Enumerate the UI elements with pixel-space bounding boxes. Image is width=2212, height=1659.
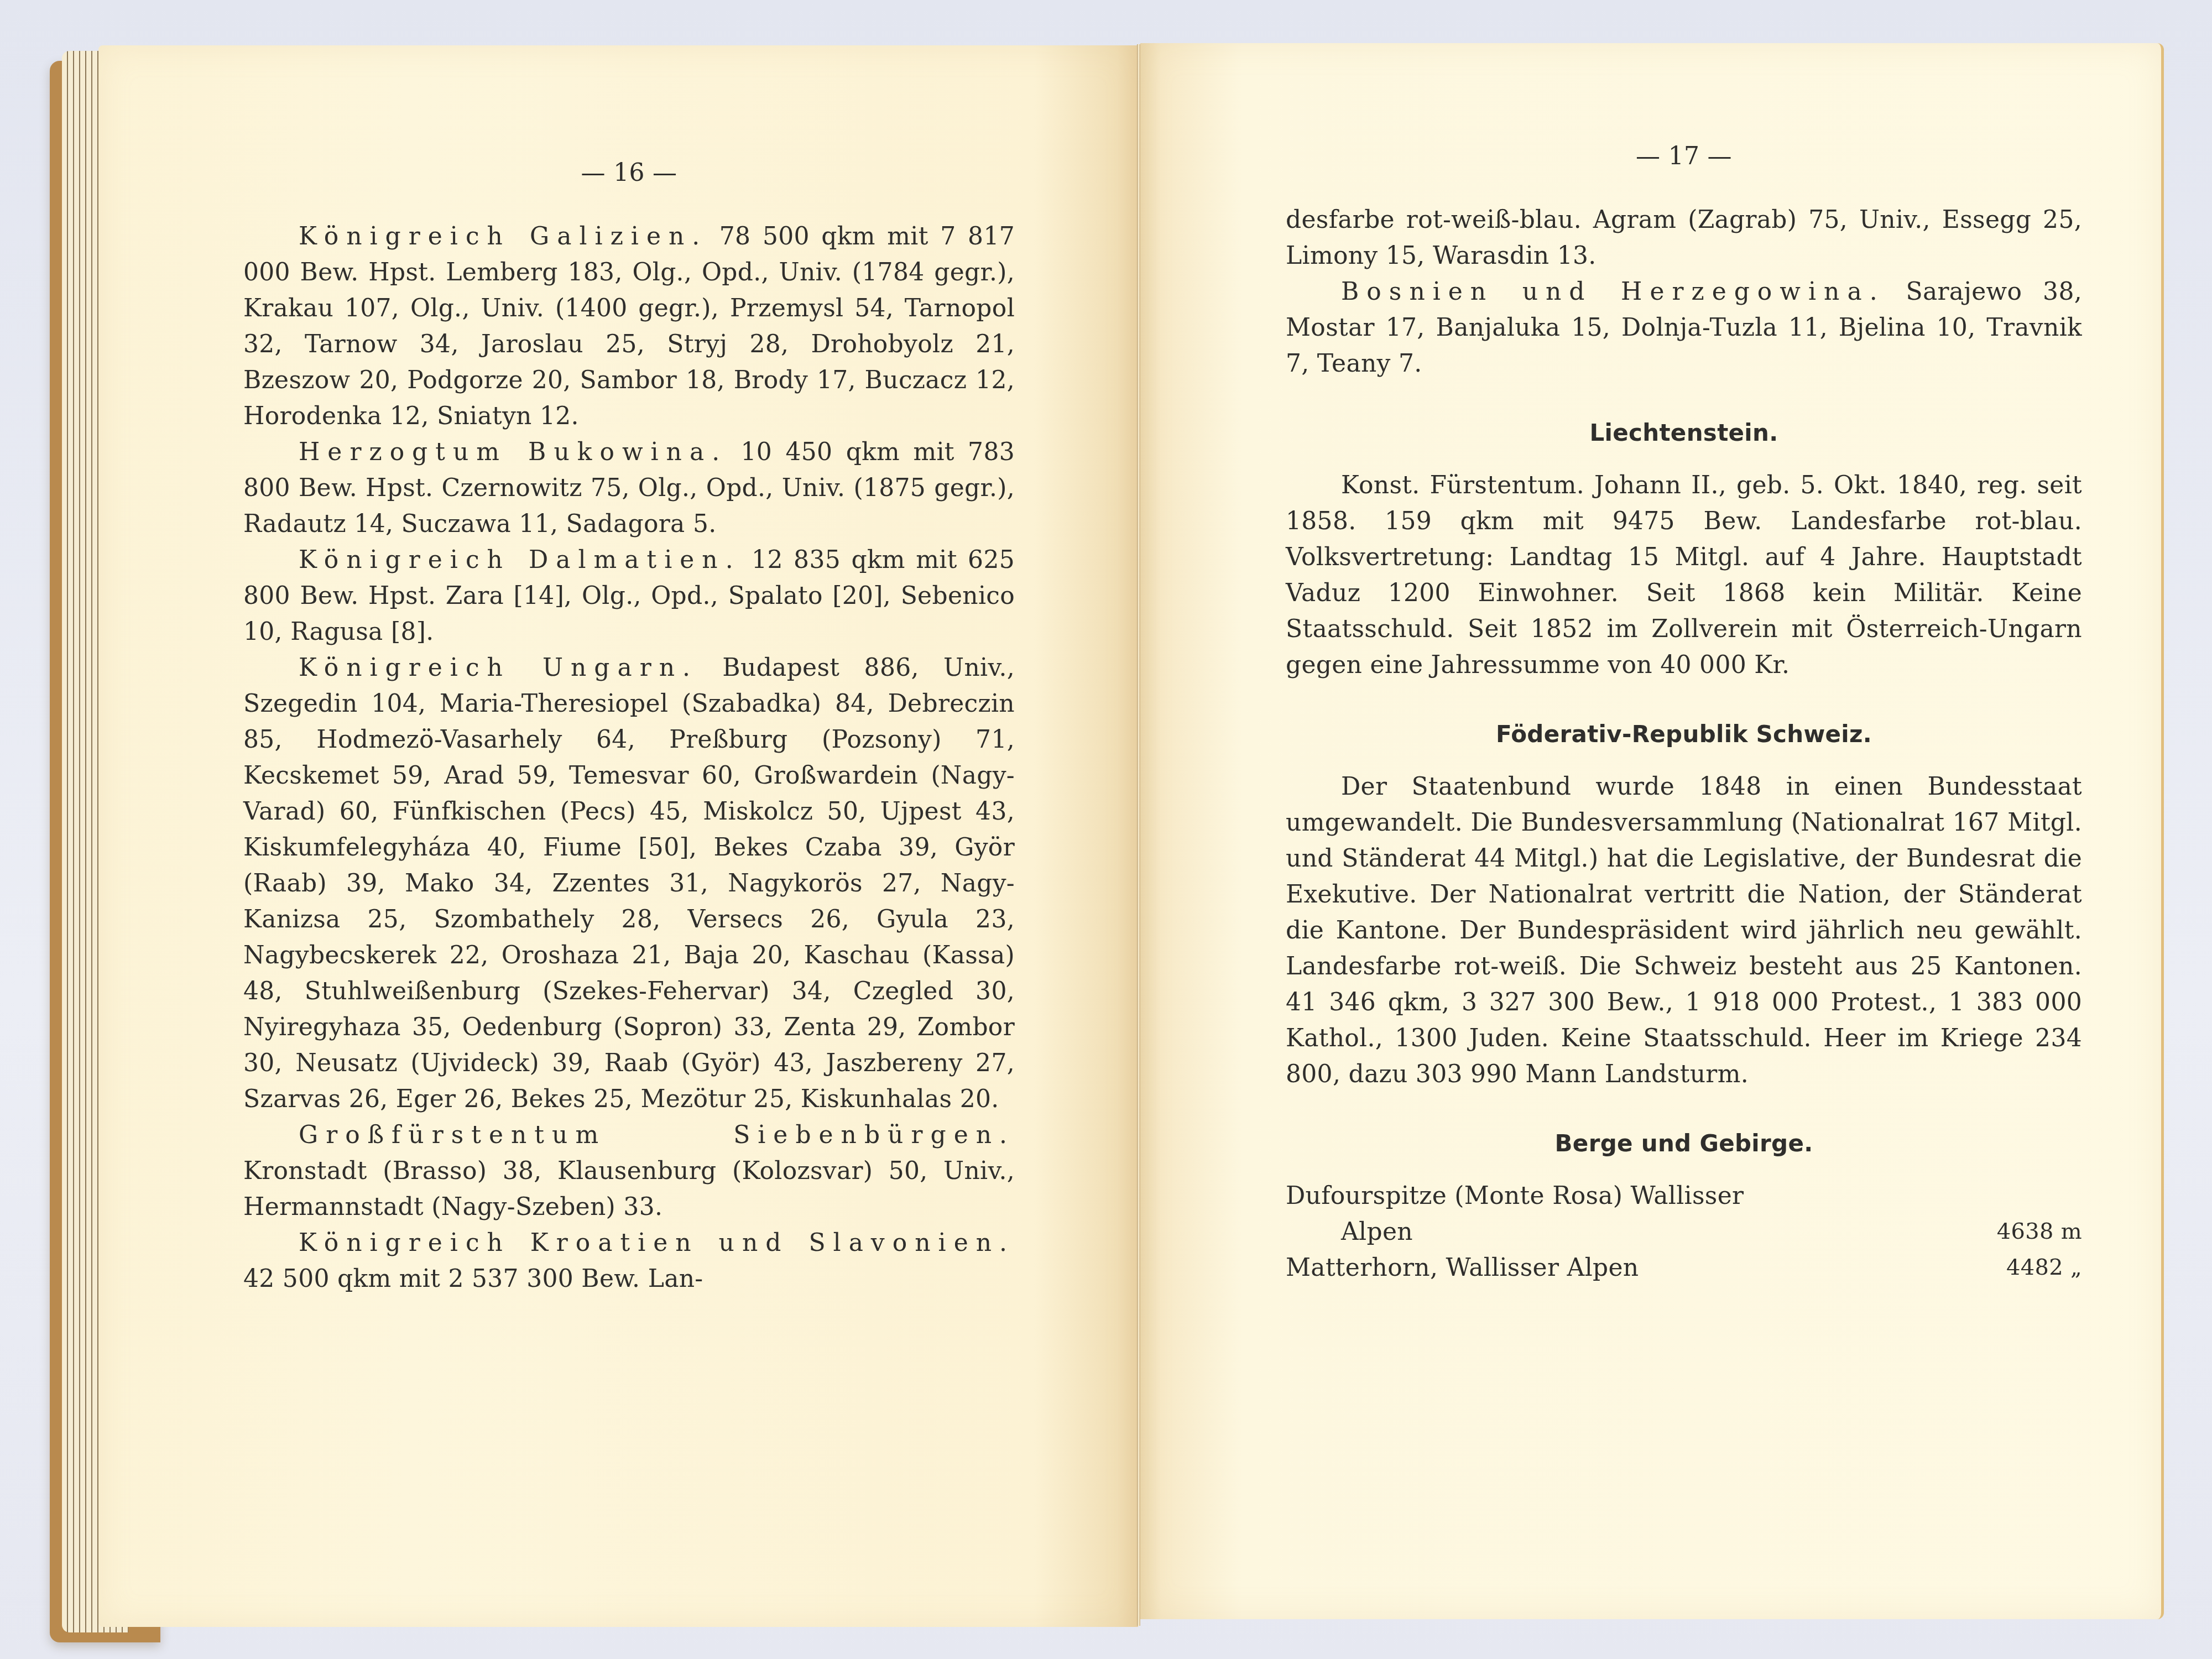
- schweiz-body: Der Staatenbund wurde 1848 in einen Bund…: [1286, 769, 2082, 1092]
- mountain-list: Dufourspitze (Monte Rosa) Wallisser Alpe…: [1286, 1178, 2082, 1286]
- mountain-row: Dufourspitze (Monte Rosa) Wallisser Alpe…: [1286, 1178, 2082, 1250]
- mountain-name: Matterhorn, Wallisser Alpen: [1286, 1254, 1639, 1282]
- heading-schweiz: Föderativ-Republik Schweiz.: [1286, 716, 2082, 752]
- mountain-height: 4638 m: [1938, 1214, 2082, 1250]
- entry-title: Königreich Dalmatien.: [299, 546, 741, 574]
- entry-body: 78 500 qkm mit 7 817 000 Bew. Hpst. Lemb…: [243, 222, 1015, 430]
- book-photo-background: — 16 — Königreich Galizien. 78 500 qkm m…: [0, 0, 2212, 1659]
- entry-ungarn: Königreich Ungarn. Budapest 886, Univ., …: [243, 650, 1015, 1117]
- entry-bosnien: Bosnien und Herzegowina. Sarajewo 38, Mo…: [1286, 274, 2082, 382]
- page-number-17: — 17 —: [1286, 138, 2082, 174]
- entry-title: Großfürstentum Siebenbürgen.: [299, 1121, 1015, 1149]
- entry-body: Budapest 886, Univ., Szegedin 104, Maria…: [243, 654, 1015, 1113]
- entry-bukowina: Herzogtum Bukowina. 10 450 qkm mit 783 8…: [243, 434, 1015, 542]
- entry-siebenbuergen: Großfürstentum Siebenbürgen. Kronstadt (…: [243, 1117, 1015, 1225]
- mountain-height: 4482 „: [1938, 1250, 2082, 1286]
- entry-title: Königreich Ungarn.: [299, 654, 698, 682]
- entry-galizien: Königreich Galizien. 78 500 qkm mit 7 81…: [243, 218, 1015, 434]
- page-number-16: — 16 —: [243, 155, 1015, 191]
- entry-kroatien: Königreich Kroatien und Slavonien. 42 50…: [243, 1225, 1015, 1297]
- left-page-text: — 16 — Königreich Galizien. 78 500 qkm m…: [243, 155, 1015, 1297]
- right-page-text: — 17 — desfarbe rot-weiß-blau. Agram (Za…: [1286, 138, 2082, 1286]
- entry-body: 42 500 qkm mit 2 537 300 Bew. Lan-: [243, 1265, 703, 1293]
- mountain-name: Dufourspitze (Monte Rosa) Wallisser: [1286, 1182, 1744, 1210]
- book-spine: [1137, 44, 1140, 1626]
- entry-kroatien-continued: desfarbe rot-weiß-blau. Agram (Zagrab) 7…: [1286, 202, 2082, 274]
- heading-liechtenstein: Liechtenstein.: [1286, 415, 2082, 451]
- entry-title: Königreich Galizien.: [299, 222, 707, 251]
- mountain-name-cont: Alpen: [1286, 1214, 1911, 1250]
- entry-body: Kronstadt (Brasso) 38, Klausenburg (Kolo…: [243, 1157, 1015, 1221]
- entry-title: Herzogtum Bukowina.: [299, 438, 727, 466]
- entry-dalmatien: Königreich Dalmatien. 12 835 qkm mit 625…: [243, 542, 1015, 650]
- entry-title: Bosnien und Herzegowina.: [1341, 278, 1885, 306]
- entry-title: Königreich Kroatien und Slavonien.: [299, 1229, 1015, 1257]
- mountain-row: Matterhorn, Wallisser Alpen 4482 „: [1286, 1250, 2082, 1286]
- liechtenstein-body: Konst. Fürstentum. Johann II., geb. 5. O…: [1286, 467, 2082, 683]
- heading-berge: Berge und Gebirge.: [1286, 1125, 2082, 1161]
